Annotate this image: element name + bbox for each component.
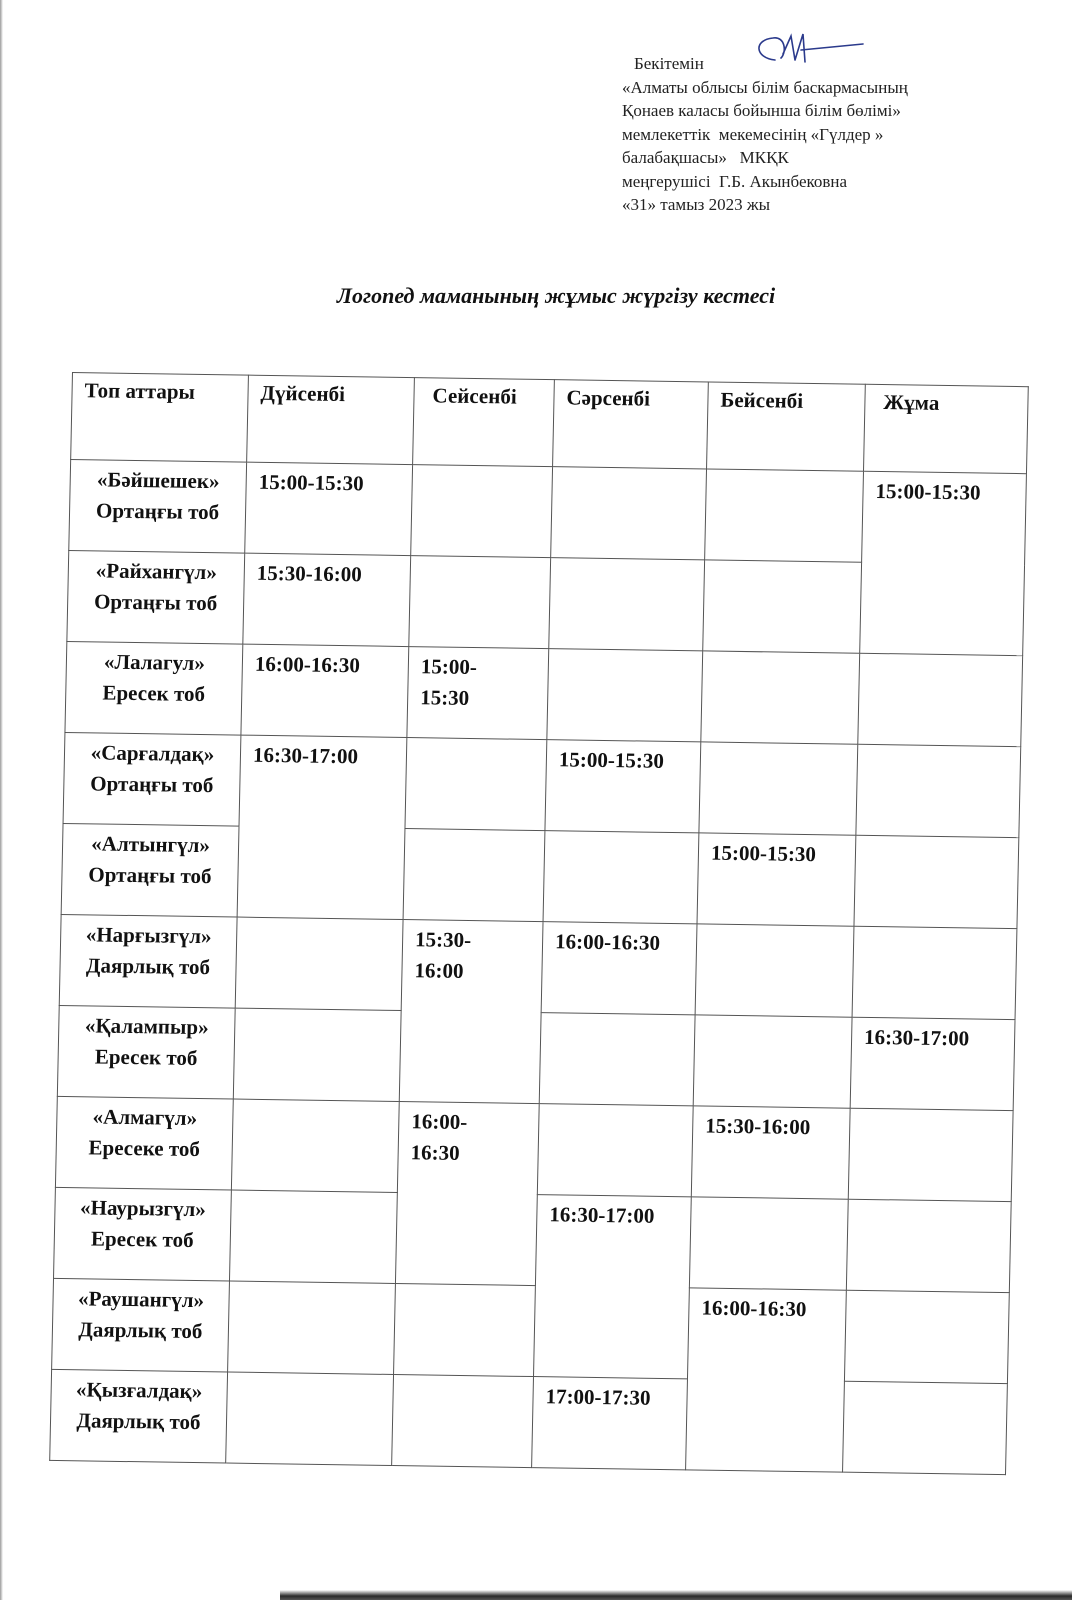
approval-line: «Алматы облысы білім баскармасының [622, 76, 1042, 100]
time-slot-text: 16:00-16:30 [255, 652, 360, 678]
group-name: «Райхангүл» [73, 555, 241, 588]
group-type: Ересек тоб [59, 1223, 227, 1256]
group-name-cell: «Раушангүл»Даярлық тоб [52, 1278, 230, 1372]
group-type: Ортаңғы тоб [74, 495, 242, 528]
time-slot-wednesday [551, 467, 707, 560]
time-slot-thursday [701, 651, 860, 744]
time-slot-wednesday: 17:00-17:30 [532, 1377, 688, 1470]
group-name-cell: «Қалампыр»Ересек тоб [57, 1005, 235, 1099]
group-type: Даярлық тоб [57, 1314, 225, 1347]
time-slot-thursday [699, 742, 858, 835]
time-slot-wednesday [547, 649, 703, 742]
time-slot-text: 16:30-17:00 [864, 1025, 969, 1051]
approval-line: меңгерушісі Г.Б. Акынбековна [622, 170, 1042, 194]
schedule-table: Топ аттары Дүйсенбі Сейсенбі Сәрсенбі Бе… [49, 372, 1029, 1475]
time-slot-friday: 15:00-15:30 [860, 471, 1027, 655]
group-type: Даярлық тоб [64, 950, 232, 983]
header-thursday: Бейсенбі [707, 382, 866, 471]
time-slot-thursday [695, 924, 854, 1017]
time-slot-wednesday: 16:30-17:00 [534, 1195, 692, 1379]
time-slot-wednesday [543, 831, 699, 924]
time-slot-friday: 16:30-17:00 [850, 1017, 1015, 1110]
time-slot-tuesday [403, 829, 545, 922]
time-slot-monday [233, 1008, 401, 1101]
time-slot-text: 15:30-16:00 [257, 561, 362, 587]
group-type: Ортаңғы тоб [68, 768, 236, 801]
time-slot-tuesday: 15:30-16:00 [399, 920, 543, 1104]
time-slot-thursday: 16:00-16:30 [686, 1288, 847, 1472]
table-row: «Бәйшешек»Ортаңғы тоб15:00-15:3015:00-15… [69, 459, 1027, 564]
time-slot-wednesday [549, 558, 705, 651]
time-slot-text: 15:00-15:30 [875, 479, 980, 505]
header-friday: Жұма [863, 384, 1028, 473]
table-row: «Алмагүл»Ересеке тоб16:00-16:3015:30-16:… [55, 1096, 1013, 1201]
time-slot-text: 15:30-16:00 [705, 1114, 810, 1140]
time-slot-tuesday [392, 1374, 534, 1467]
scan-shadow-bottom [280, 1590, 1072, 1600]
group-name-cell: «Қызғалдақ»Даярлық тоб [50, 1369, 228, 1463]
time-slot-friday [852, 926, 1017, 1019]
group-name-cell: «Райхангүл»Ортаңғы тоб [67, 550, 245, 644]
time-slot-text: 16:30-17:00 [253, 743, 358, 769]
group-name: «Наурызгүл» [59, 1192, 227, 1225]
group-name: «Қызғалдақ» [55, 1374, 223, 1407]
time-slot-thursday: 15:00-15:30 [697, 833, 856, 926]
group-type: Ортаңғы тоб [66, 859, 234, 892]
group-name-cell: «Алмагүл»Ересеке тоб [55, 1096, 233, 1190]
time-slot-thursday [689, 1197, 848, 1290]
time-slot-friday [854, 835, 1019, 928]
scan-shadow-left [0, 0, 3, 1600]
group-name-cell: «Нарғызгүл»Даярлық тоб [59, 914, 237, 1008]
time-slot-text: 16:00-16:30 [410, 1106, 491, 1169]
group-name-cell: «Бәйшешек»Ортаңғы тоб [69, 459, 247, 553]
time-slot-monday: 16:30-17:00 [237, 735, 407, 919]
time-slot-wednesday: 15:00-15:30 [545, 740, 701, 833]
group-name: «Лалагул» [71, 646, 239, 679]
time-slot-text: 17:00-17:30 [545, 1384, 650, 1410]
group-name-cell: «Алтынгүл»Ортаңғы тоб [61, 823, 239, 917]
table-row: «Раушангүл»Даярлық тоб16:00-16:30 [52, 1278, 1010, 1383]
table-row: «Алтынгүл»Ортаңғы тоб15:00-15:30 [61, 823, 1019, 928]
time-slot-friday [844, 1290, 1009, 1383]
time-slot-tuesday [394, 1283, 536, 1376]
time-slot-thursday [693, 1015, 852, 1108]
time-slot-monday: 15:30-16:00 [243, 553, 411, 646]
group-name: «Алмагүл» [61, 1101, 229, 1134]
time-slot-text: 15:00-15:30 [420, 651, 501, 714]
time-slot-text: 16:00-16:30 [555, 929, 660, 955]
time-slot-friday [848, 1108, 1013, 1201]
time-slot-text: 15:30-16:00 [414, 924, 495, 987]
time-slot-thursday [703, 560, 862, 653]
time-slot-text: 15:00-15:30 [258, 470, 363, 496]
time-slot-monday: 16:00-16:30 [241, 644, 409, 737]
header-wednesday: Сәрсенбі [553, 380, 709, 469]
group-name: «Бәйшешек» [74, 464, 242, 497]
group-type: Ортаңғы тоб [72, 586, 240, 619]
time-slot-tuesday [411, 465, 553, 558]
header-tuesday: Сейсенбі [413, 378, 555, 467]
time-slot-text: 16:30-17:00 [549, 1202, 654, 1228]
group-type: Ересек тоб [62, 1041, 230, 1074]
group-name-cell: «Сарғалдақ»Ортаңғы тоб [63, 732, 241, 826]
time-slot-friday [856, 744, 1021, 837]
time-slot-thursday [705, 469, 864, 562]
time-slot-friday [843, 1381, 1008, 1474]
approval-line: мемлекеттік мекемесінің «Гүлдер » [622, 123, 1042, 147]
time-slot-monday [228, 1281, 396, 1374]
time-slot-monday [235, 917, 403, 1010]
table-row: «Лалагул»Ересек тоб16:00-16:3015:00-15:3… [65, 641, 1023, 746]
time-slot-text: 15:00-15:30 [711, 841, 816, 867]
time-slot-tuesday [409, 556, 551, 649]
group-name: «Раушангүл» [57, 1283, 225, 1316]
group-type: Ересек тоб [70, 677, 238, 710]
group-name: «Қалампыр» [63, 1010, 231, 1043]
approval-line: Бекітемін [622, 52, 1042, 76]
time-slot-text: 15:00-15:30 [559, 747, 664, 773]
time-slot-wednesday [539, 1013, 695, 1106]
time-slot-friday [846, 1199, 1011, 1292]
header-row: Топ аттары Дүйсенбі Сейсенбі Сәрсенбі Бе… [71, 373, 1029, 474]
time-slot-friday [858, 653, 1023, 746]
time-slot-monday [229, 1190, 397, 1283]
time-slot-monday: 15:00-15:30 [245, 462, 413, 555]
time-slot-monday [231, 1099, 399, 1192]
group-name: «Алтынгүл» [67, 828, 235, 861]
table-row: «Сарғалдақ»Ортаңғы тоб16:30-17:0015:00-1… [63, 732, 1021, 837]
approval-block: Бекітемін «Алматы облысы білім баскармас… [622, 52, 1042, 217]
document-title: Логопед маманының жұмыс жүргізу кестесі [0, 283, 1072, 309]
group-name: «Нарғызгүл» [65, 919, 233, 952]
table-row: «Қызғалдақ»Даярлық тоб17:00-17:30 [50, 1369, 1008, 1474]
approval-line: балабақшасы» МКҚК [622, 146, 1042, 170]
approval-line: «31» тамыз 2023 жы [622, 193, 1042, 217]
group-name-cell: «Наурызгүл»Ересек тоб [54, 1187, 232, 1281]
group-name: «Сарғалдақ» [69, 737, 237, 770]
time-slot-tuesday [405, 738, 547, 831]
group-type: Ересеке тоб [60, 1132, 228, 1165]
group-type: Даярлық тоб [55, 1405, 223, 1438]
header-groups: Топ аттары [71, 373, 249, 463]
table-row: «Нарғызгүл»Даярлық тоб15:30-16:0016:00-1… [59, 914, 1017, 1019]
time-slot-monday [226, 1372, 394, 1465]
time-slot-tuesday: 15:00-15:30 [407, 647, 549, 740]
time-slot-text: 16:00-16:30 [701, 1296, 806, 1322]
time-slot-wednesday: 16:00-16:30 [541, 922, 697, 1015]
time-slot-thursday: 15:30-16:00 [691, 1106, 850, 1199]
time-slot-wednesday [537, 1104, 693, 1197]
header-monday: Дүйсенбі [247, 375, 415, 464]
time-slot-tuesday: 16:00-16:30 [395, 1102, 539, 1286]
group-name-cell: «Лалагул»Ересек тоб [65, 641, 243, 735]
approval-line: Қонаев каласы бойынша білім бөлімі» [622, 99, 1042, 123]
